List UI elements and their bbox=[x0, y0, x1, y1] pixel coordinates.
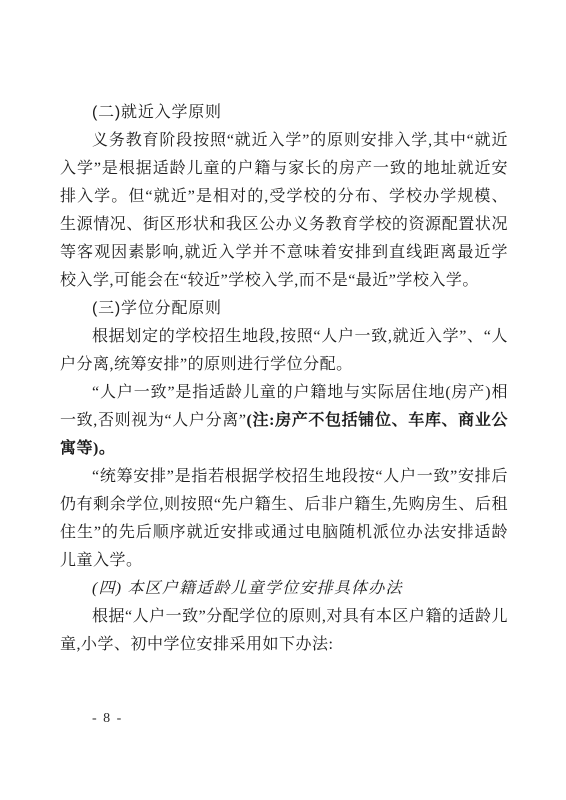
section-heading-seat-allocation-principle: (三)学位分配原则 bbox=[60, 295, 508, 323]
section-heading-local-household-measures: (四) 本区户籍适龄儿童学位安排具体办法 bbox=[60, 575, 508, 603]
paragraph-local-household-intro: 根据“人户一致”分配学位的原则,对具有本区户籍的适龄儿童,小学、初中学位安排采用… bbox=[60, 603, 508, 659]
paragraph-overall-arrangement: “统筹安排”是指若根据学校招生地段按“人户一致”安排后仍有剩余学位,则按照“先户… bbox=[60, 463, 508, 575]
paragraph-seat-allocation: 根据划定的学校招生地段,按照“人户一致,就近入学”、“人户分离,统筹安排”的原则… bbox=[60, 323, 508, 379]
document-content: (二)就近入学原则 义务教育阶段按照“就近入学”的原则安排入学,其中“就近入学”… bbox=[60, 99, 508, 659]
paragraph-nearby-enrollment: 义务教育阶段按照“就近入学”的原则安排入学,其中“就近入学”是根据适龄儿童的户籍… bbox=[60, 127, 508, 295]
page-number: - 8 - bbox=[92, 710, 123, 728]
document-page: (二)就近入学原则 义务教育阶段按照“就近入学”的原则安排入学,其中“就近入学”… bbox=[0, 0, 566, 800]
paragraph-household-consistency: “人户一致”是指适龄儿童的户籍地与实际居住地(房产)相一致,否则视为“人户分离”… bbox=[60, 379, 508, 463]
section-heading-nearby-enrollment-principle: (二)就近入学原则 bbox=[60, 99, 508, 127]
